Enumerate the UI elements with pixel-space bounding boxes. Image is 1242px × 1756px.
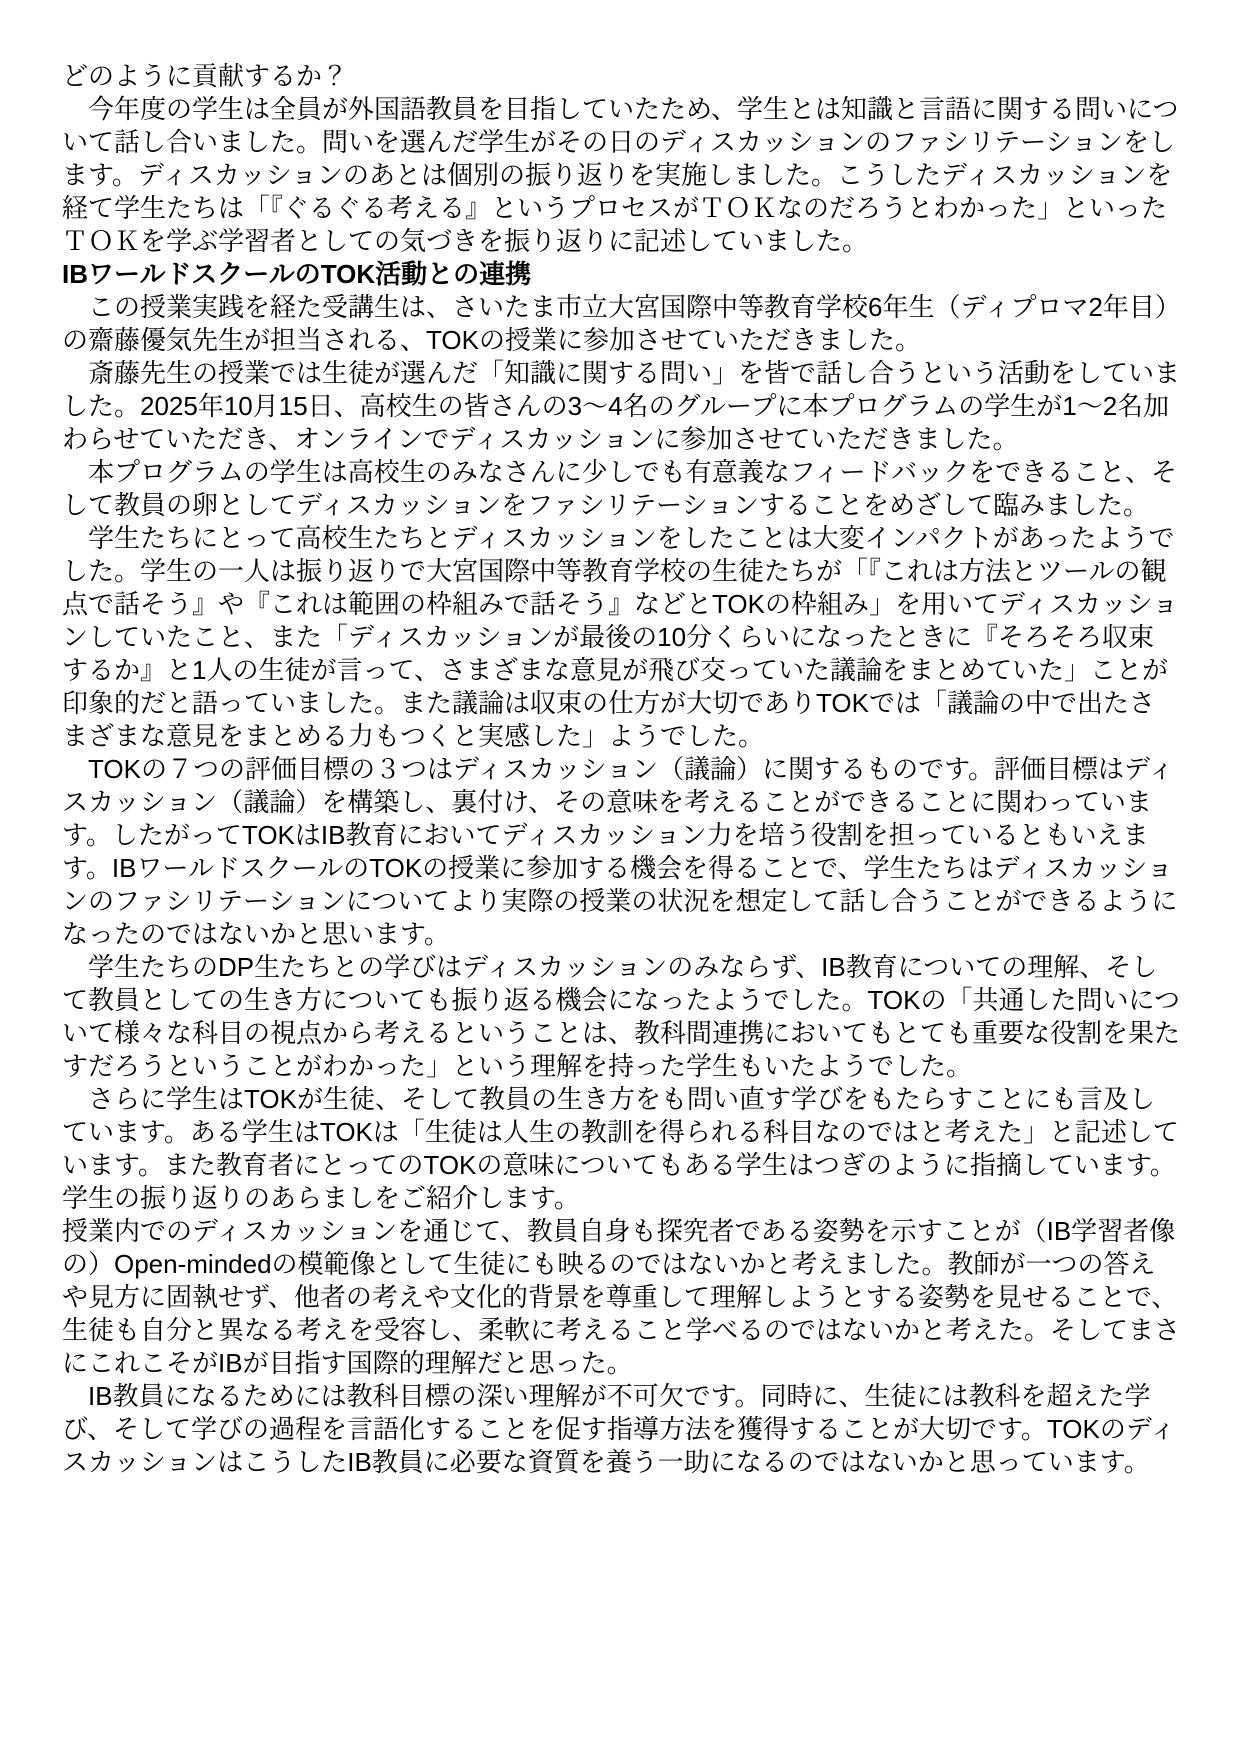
section-paragraph-5: TOKの７つの評価目標の３つはディスカッション（議論）に関するものです。評価目標… (62, 753, 1180, 951)
section-paragraph-7: さらに学生はTOKが生徒、そして教員の生き方をも問い直す学びをもたらすことにも言… (62, 1083, 1180, 1215)
section-paragraph-1: この授業実践を経た受講生は、さいたま市立大宮国際中等教育学校6年生（ディプロマ2… (62, 291, 1180, 357)
document-page: どのように貢献するか？ 今年度の学生は全員が外国語教員を目指していたため、学生と… (0, 0, 1242, 1756)
section-paragraph-3: 本プログラムの学生は高校生のみなさんに少しでも有意義なフィードバックをできること… (62, 456, 1180, 522)
section-paragraph-4: 学生たちにとって高校生たちとディスカッションをしたことは大変インパクトがあったよ… (62, 522, 1180, 753)
intro-paragraph: 今年度の学生は全員が外国語教員を目指していたため、学生とは知識と言語に関する問い… (62, 93, 1180, 258)
section-paragraph-2: 斎藤先生の授業では生徒が選んだ「知識に関する問い」を皆で話し合うという活動をして… (62, 357, 1180, 456)
carryover-question-line: どのように貢献するか？ (62, 60, 1180, 93)
student-reflection-quote: 授業内でのディスカッションを通じて、教員自身も探究者である姿勢を示すことが（IB… (62, 1215, 1180, 1380)
section-paragraph-6: 学生たちのDP生たちとの学びはディスカッションのみならず、IB教育についての理解… (62, 951, 1180, 1083)
closing-paragraph: IB教員になるためには教科目標の深い理解が不可欠です。同時に、生徒には教科を超え… (62, 1380, 1180, 1479)
section-heading: IBワールドスクールのTOK活動との連携 (62, 258, 1180, 291)
